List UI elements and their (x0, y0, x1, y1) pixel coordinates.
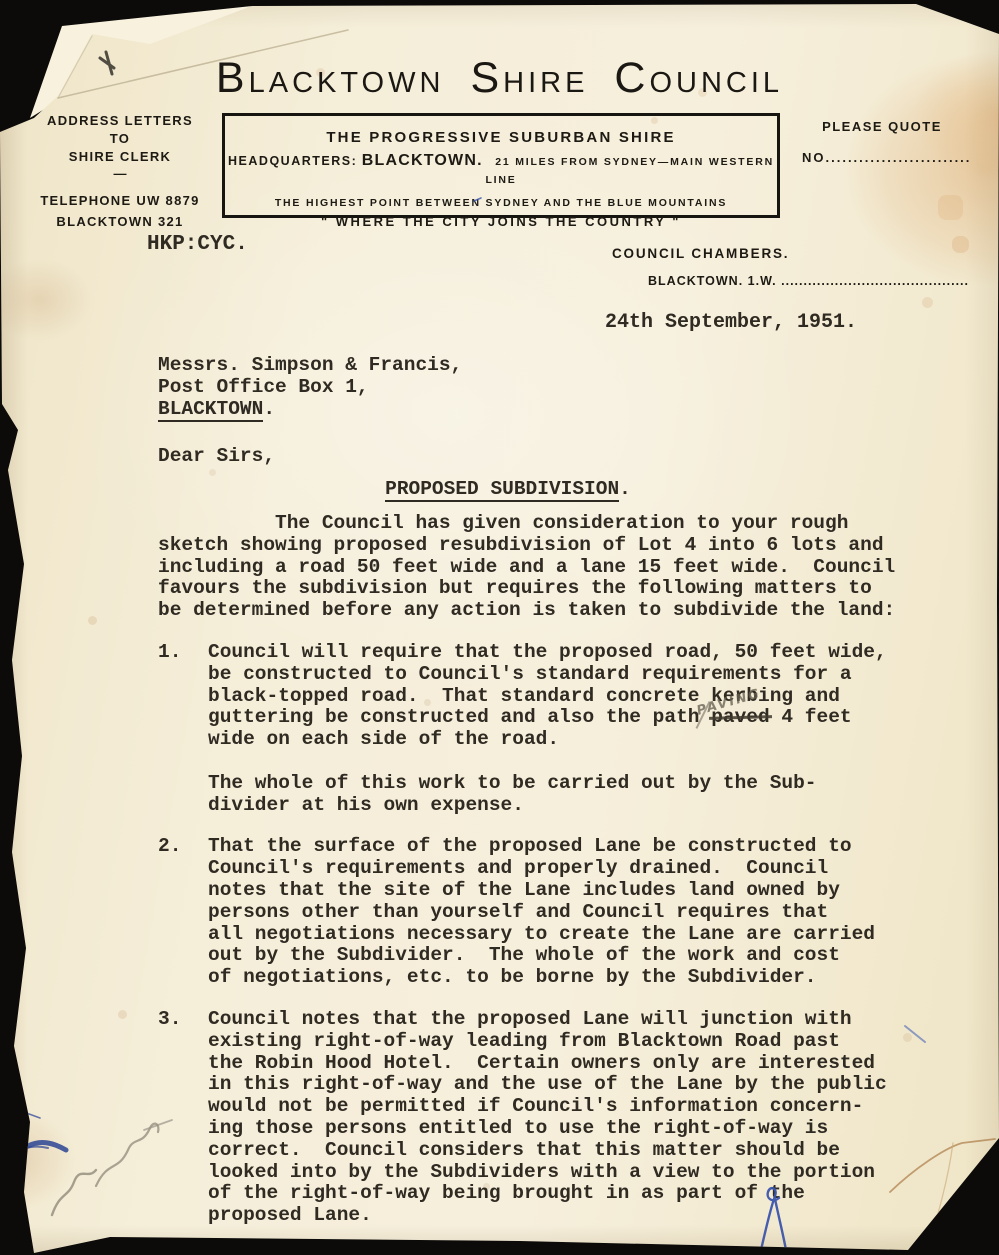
text-line: sketch showing proposed resubdivision of… (158, 535, 958, 557)
chambers-address-line: BLACKTOWN. 1.W. ........................… (648, 274, 969, 288)
title-word: SHIRE (470, 63, 588, 99)
text-line: Council notes that the proposed Lane wil… (208, 1009, 958, 1031)
blue-ink-smudge (20, 1147, 48, 1150)
corrected-line: guttering be constructed and also the pa… (208, 707, 958, 729)
salutation: Dear Sirs, (158, 446, 958, 468)
text-line: existing right-of-way leading from Black… (208, 1031, 958, 1053)
item-number: 3. (158, 1009, 208, 1227)
foxing-stains (0, 0, 5, 5)
text-line: favours the subdivision but requires the… (158, 578, 958, 600)
letter-date: 24th September, 1951. (605, 311, 857, 334)
text-line: Post Office Box 1, (158, 377, 958, 399)
text-line: divider at his own expense. (208, 795, 958, 817)
text-line: Messrs. Simpson & Francis, (158, 355, 958, 377)
pencil-scribble (96, 1124, 158, 1186)
text-line: Council's requirements and properly drai… (208, 858, 958, 880)
blue-ink-line (2, 1104, 40, 1120)
address-instructions: ADDRESS LETTERS TO SHIRE CLERK — TELEPHO… (22, 112, 218, 231)
recipient-block: Messrs. Simpson & Francis,Post Office Bo… (158, 355, 958, 399)
text-line: looked into by the Subdividers with a vi… (208, 1162, 958, 1184)
letter-page: BLACKTOWNSHIRECOUNCIL ADDRESS LETTERS TO… (0, 0, 999, 1255)
text-line: Council will require that the proposed r… (208, 642, 958, 664)
text-line: That the surface of the proposed Lane be… (208, 836, 958, 858)
telephone-number: BLACKTOWN 321 (22, 213, 218, 231)
address-line: TO (22, 130, 218, 148)
opening-paragraph: The Council has given consideration to y… (158, 513, 958, 622)
text-line: black-topped road. That standard concret… (208, 686, 958, 708)
council-chambers-label: COUNCIL CHAMBERS. (612, 246, 789, 261)
divider-dash: — (22, 166, 218, 182)
text-line: notes that the site of the Lane includes… (208, 880, 958, 902)
title-word: BLACKTOWN (216, 63, 445, 99)
slogan-line: " WHERE THE CITY JOINS THE COUNTRY " (225, 214, 777, 229)
text-line: The Council has given consideration to y… (158, 513, 958, 535)
please-quote-label: PLEASE QUOTE (800, 119, 964, 134)
letterhead-box: THE PROGRESSIVE SUBURBAN SHIRE HEADQUART… (222, 113, 780, 218)
title-word: COUNCIL (614, 63, 783, 99)
scanned-letter: BLACKTOWNSHIRECOUNCIL ADDRESS LETTERS TO… (0, 0, 999, 1255)
council-title: BLACKTOWNSHIRECOUNCIL (0, 54, 999, 103)
item-number: 2. (158, 836, 208, 989)
numbered-item-2: 2. That the surface of the proposed Lane… (158, 836, 958, 989)
text-line: proposed Lane. (208, 1205, 958, 1227)
reference-code: HKP:CYC. (147, 233, 248, 256)
text-line: be constructed to Council's standard req… (208, 664, 958, 686)
text-line: ing those persons entitled to use the ri… (208, 1118, 958, 1140)
letter-paragraphs: The Council has given consideration to y… (158, 513, 958, 1227)
text-line: of negotiations, etc. to be borne by the… (208, 967, 958, 989)
recipient-city: BLACKTOWN. (158, 399, 958, 421)
text-line: all negotiations necessary to create the… (208, 924, 958, 946)
telephone-number: TELEPHONE UW 8879 (22, 192, 218, 210)
text-line: the Robin Hood Hotel. Certain owners onl… (208, 1053, 958, 1075)
blue-ink-smudge (28, 1143, 66, 1150)
text-line: wide on each side of the road. (208, 729, 958, 751)
text-line: in this right-of-way and the use of the … (208, 1074, 958, 1096)
text-line (208, 751, 958, 773)
text-line: out by the Subdivider. The whole of the … (208, 945, 958, 967)
quote-number-field: NO.......................... (802, 150, 971, 165)
address-line: ADDRESS LETTERS (22, 112, 218, 130)
numbered-item-3: 3. Council notes that the proposed Lane … (158, 1009, 958, 1227)
subject-heading: PROPOSED SUBDIVISION. (158, 479, 858, 501)
letter-body: Messrs. Simpson & Francis,Post Office Bo… (158, 355, 958, 1227)
numbered-item-1: 1. Council will require that the propose… (158, 642, 958, 816)
text-line: correct. Council considers that this mat… (208, 1140, 958, 1162)
highest-point-line: THE HIGHEST POINT BETWEEN SYDNEY AND THE… (225, 197, 777, 209)
text-line: including a road 50 feet wide and a lane… (158, 557, 958, 579)
shire-motto: THE PROGRESSIVE SUBURBAN SHIRE (225, 129, 777, 146)
text-line: be determined before any action is taken… (158, 600, 958, 622)
address-line: SHIRE CLERK (22, 148, 218, 166)
text-line: The whole of this work to be carried out… (208, 773, 958, 795)
text-line: of the right-of-way being brought in as … (208, 1183, 958, 1205)
headquarters-line: HEADQUARTERS: BLACKTOWN. 21 MILES FROM S… (225, 152, 777, 188)
text-line: would not be permitted if Council's info… (208, 1096, 958, 1118)
item-number: 1. (158, 642, 208, 816)
text-line: persons other than yourself and Council … (208, 902, 958, 924)
pencil-scribble (52, 1170, 96, 1215)
